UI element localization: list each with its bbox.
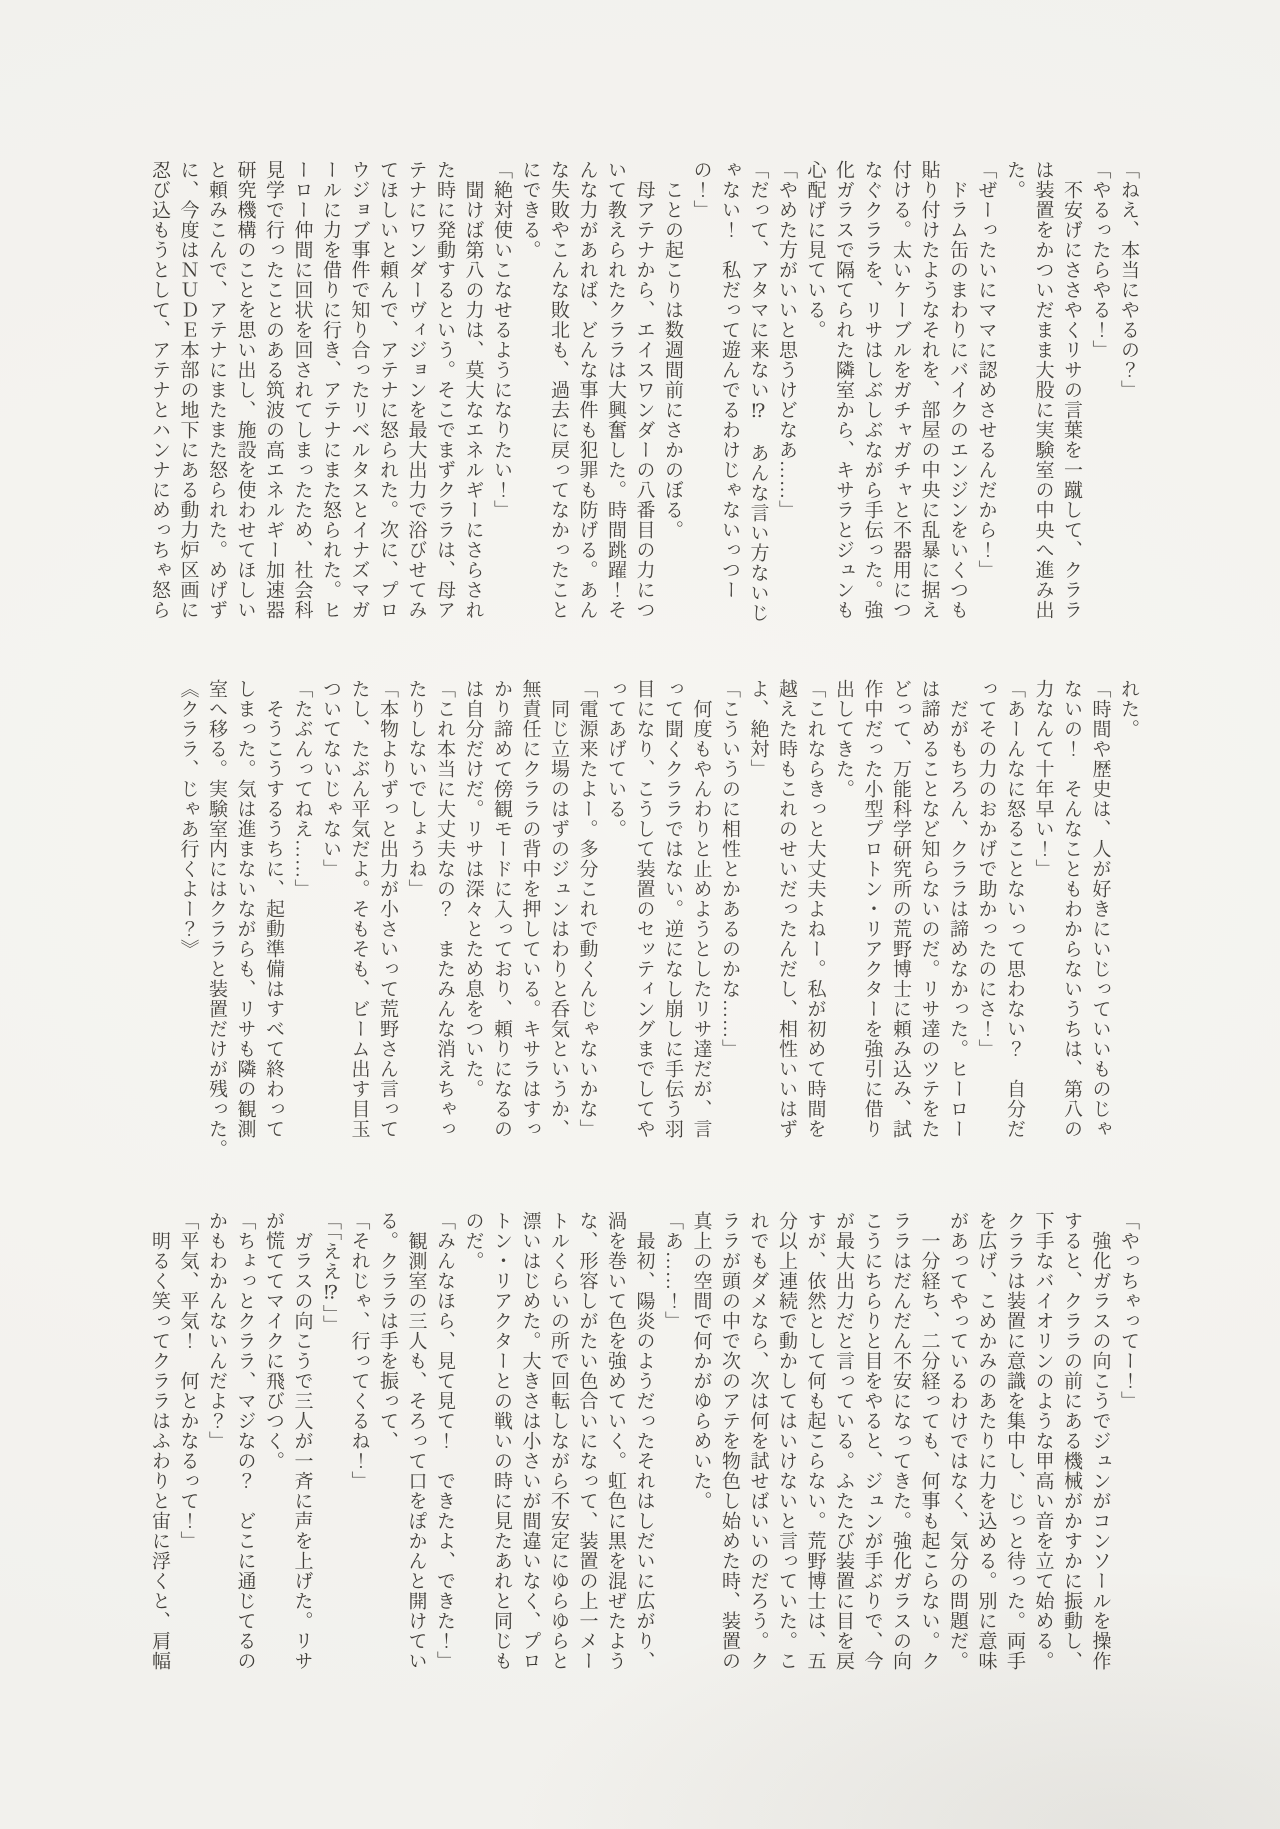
text-column: トン・リアクターとの戦いの時に見たあれと同じも: [487, 1211, 516, 1675]
text-column: 忍び込もうとして、アテナとハンナにめっちゃ怒ら: [145, 160, 174, 624]
text-column: があってやっているわけではなく、気分の問題だ。: [943, 1211, 972, 1675]
text-column: たりしないでしょうね」: [401, 679, 430, 1143]
text-column: 「本物よりずっと出力が小さいって荒野さん言って: [373, 679, 402, 1143]
text-column: る。クララは手を振って、: [373, 1211, 402, 1675]
text-column: に、今度はＮＵＤＥ本部の地下にある動力炉区画に: [173, 160, 202, 624]
text-column: そうこうするうちに、起動準備はすべて終わって: [259, 679, 288, 1143]
text-column: のだ。: [458, 1211, 487, 1675]
text-column: 強化ガラスの向こうでジュンがコンソールを操作: [1085, 1211, 1114, 1675]
text-column: 作中だった小型プロトン・リアクターを強引に借り: [857, 679, 886, 1143]
text-column: 見学で行ったことのある筑波の高エネルギー加速器: [259, 160, 288, 624]
text-column: は装置をかついだまま大股に実験室の中央へ進み出: [1028, 160, 1057, 624]
text-column: にできる。: [515, 160, 544, 624]
text-column: だがもちろん、クララは諦めなかった。ヒーロー: [943, 679, 972, 1143]
text-column: た。: [1000, 160, 1029, 624]
text-column: 「ちょっとクララ、マジなの？ どこに通じてるの: [230, 1211, 259, 1675]
text-column: 「「ええ⁉」」: [316, 1211, 345, 1675]
text-column: が慌ててマイクに飛びつく。: [259, 1211, 288, 1675]
text-column: 「ねえ、本当にやるの？」: [1114, 160, 1143, 624]
text-column: って聞くクララではない。逆になし崩しに手伝う羽: [658, 679, 687, 1143]
text-column: いて教えられたクララは大興奮した。時間跳躍！そ: [601, 160, 630, 624]
text-column: な、形容しがたい色合いになって、装置の上一メー: [572, 1211, 601, 1675]
text-column: 「時間や歴史は、人が好きにいじっていいものじゃ: [1085, 679, 1114, 1143]
text-column: 《クララ、じゃあ行くよー？》: [173, 679, 202, 1143]
text-column: 目になり、こうして装置のセッティングまでしてや: [629, 679, 658, 1143]
text-column: ってその力のおかげで助かったのにさ！」: [971, 679, 1000, 1143]
text-column: 無責任にクララの背中を押している。キサラはすっ: [515, 679, 544, 1143]
text-column: 分以上連続で動かしてはいけないと言っていた。こ: [772, 1211, 801, 1675]
text-column: 「やめた方がいいと思うけどなあ……」: [772, 160, 801, 624]
text-column: 真上の空間で何かがゆらめいた。: [686, 1211, 715, 1675]
text-column: 出してきた。: [829, 679, 858, 1143]
text-column: れた。: [1114, 679, 1143, 1143]
text-column: ララが頭の中で次のアテを物色し始めた時、装置の: [715, 1211, 744, 1675]
text-block-bottom: 「やっちゃってー！」強化ガラスの向こうでジュンがコンソールを操作すると、クララの…: [145, 1211, 1143, 1675]
text-column: は諦めることなど知らないのだ。リサ達のツテをた: [914, 679, 943, 1143]
text-column: 「たぶんってねえ……」: [287, 679, 316, 1143]
text-column: たし、たぶん平気だよ。そもそも、ビーム出す目玉: [344, 679, 373, 1143]
text-column: 「これならきっと大丈夫よねー。私が初めて時間を: [800, 679, 829, 1143]
text-block-top: 「ねえ、本当にやるの？」「やるったらやる！」不安げにささやくリサの言葉を一蹴して…: [145, 160, 1143, 624]
text-column: 化ガラスで隔てられた隣室から、キサラとジュンも: [829, 160, 858, 624]
text-column: 貼り付けたようなそれを、部屋の中央に乱暴に据え: [914, 160, 943, 624]
text-column: 「それじゃ、行ってくるね！」: [344, 1211, 373, 1675]
text-column: 聞けば第八の力は、莫大なエネルギーにさらされ: [458, 160, 487, 624]
text-column: 「やっちゃってー！」: [1114, 1211, 1143, 1675]
text-column: 漂いはじめた。大きさは小さいが間違いなく、プロ: [515, 1211, 544, 1675]
text-column: すが、依然として何も起こらない。荒野博士は、五: [800, 1211, 829, 1675]
text-column: なぐクララを、リサはしぶしぶながら手伝った。強: [857, 160, 886, 624]
text-column: 「電源来たよー。多分これで動くんじゃないかな」: [572, 679, 601, 1143]
text-column: てほしいと頼んで、アテナに怒られた。次に、プロ: [373, 160, 402, 624]
text-column: を広げ、こめかみのあたりに力を込める。別に意味: [971, 1211, 1000, 1675]
text-column: と頼みこんで、アテナにまたまた怒られた。めげず: [202, 160, 231, 624]
text-column: 「だって、アタマに来ない⁉ あんな言い方ないじ: [743, 160, 772, 624]
text-column: 最初、陽炎のようだったそれはしだいに広がり、: [629, 1211, 658, 1675]
text-column: 付ける。太いケーブルをガチャガチャと不器用につ: [886, 160, 915, 624]
text-column: 一分経ち、二分経っても、何事も起こらない。ク: [914, 1211, 943, 1675]
text-column: 「みんなほら、見て見て！ できたよ、できた！」: [430, 1211, 459, 1675]
text-column: んな力があれば、どんな事件も犯罪も防げる。あん: [572, 160, 601, 624]
text-column: ないの！ そんなこともわからないうちは、第八の: [1057, 679, 1086, 1143]
text-column: 母アテナから、エイスワンダーの八番目の力につ: [629, 160, 658, 624]
text-column: かもわかんないんだよ？」: [202, 1211, 231, 1675]
text-column: ことの起こりは数週間前にさかのぼる。: [658, 160, 687, 624]
text-column: 同じ立場のはずのジュンはわりと呑気というか、: [544, 679, 573, 1143]
text-column: 越えた時もこれのせいだったんだし、相性いいはず: [772, 679, 801, 1143]
text-column: テナにワンダーヴィジョンを最大出力で浴びせてみ: [401, 160, 430, 624]
text-block-middle: れた。「時間や歴史は、人が好きにいじっていいものじゃないの！ そんなこともわから…: [173, 679, 1142, 1143]
text-column: ってあげている。: [601, 679, 630, 1143]
text-column: ドラム缶のまわりにバイクのエンジンをいくつも: [943, 160, 972, 624]
text-column: 研究機構のことを思い出し、施設を使わせてほしい: [230, 160, 259, 624]
text-column: こうにちらりと目をやると、ジュンが手ぶりで、今: [857, 1211, 886, 1675]
text-column: 明るく笑ってクララはふわりと宙に浮くと、肩幅: [145, 1211, 174, 1675]
text-column: は自分だけだ。リサは深々とため息をついた。: [458, 679, 487, 1143]
text-column: しまった。気は進まないながらも、リサも隣の観測: [230, 679, 259, 1143]
text-column: た時に発動するという。そこでまずクララは、母ア: [430, 160, 459, 624]
text-column: 心配げに見ている。: [800, 160, 829, 624]
text-column: ついてないじゃない」: [316, 679, 345, 1143]
text-column: かり諦めて傍観モードに入っており、頼りになるの: [487, 679, 516, 1143]
text-column: 力なんて十年早い！」: [1028, 679, 1057, 1143]
text-column: ーロー仲間に回状を回されてしまったため、社会科: [287, 160, 316, 624]
text-column: 「あ……！」: [658, 1211, 687, 1675]
text-column: ララはだんだん不安になってきた。強化ガラスの向: [886, 1211, 915, 1675]
text-column: な失敗やこんな敗北も、過去に戻ってなかったこと: [544, 160, 573, 624]
text-column: ガラスの向こうで三人が一斉に声を上げた。リサ: [287, 1211, 316, 1675]
text-column: 不安げにささやくリサの言葉を一蹴して、クララ: [1057, 160, 1086, 624]
text-column: の！」: [686, 160, 715, 624]
text-column: 「絶対使いこなせるようになりたい！」: [487, 160, 516, 624]
text-column: 下手なバイオリンのような甲高い音を立て始める。: [1028, 1211, 1057, 1675]
text-column: れでもダメなら、次は何を試せばいいのだろう。ク: [743, 1211, 772, 1675]
text-column: 「これ本当に大丈夫なの？ またみんな消えちゃっ: [430, 679, 459, 1143]
text-column: ウジョブ事件で知り合ったリベルタスとイナズマガ: [344, 160, 373, 624]
scanned-novel-page: 「ねえ、本当にやるの？」「やるったらやる！」不安げにささやくリサの言葉を一蹴して…: [0, 0, 1280, 1829]
text-column: 「こういうのに相性とかあるのかな……」: [715, 679, 744, 1143]
text-column: よ、絶対」: [743, 679, 772, 1143]
text-column: どって、万能科学研究所の荒野博士に頼み込み、試: [886, 679, 915, 1143]
text-column: 「やるったらやる！」: [1085, 160, 1114, 624]
text-column: 「あーんなに怒ることないって思わない？ 自分だ: [1000, 679, 1029, 1143]
text-column: 「平気、平気！ 何とかなるって！」: [173, 1211, 202, 1675]
text-column: 何度もやんわりと止めようとしたリサ達だが、言: [686, 679, 715, 1143]
text-column: が最大出力だと言っている。ふたたび装置に目を戻: [829, 1211, 858, 1675]
text-column: ゃない！ 私だって遊んでるわけじゃないっつー: [715, 160, 744, 624]
text-column: すると、クララの前にある機械がかすかに振動し、: [1057, 1211, 1086, 1675]
text-column: ールに力を借りに行き、アテナにまた怒られた。ヒ: [316, 160, 345, 624]
text-column: 「ぜーったいにママに認めさせるんだから！」: [971, 160, 1000, 624]
text-column: 渦を巻いて色を強めていく。虹色に黒を混ぜたよう: [601, 1211, 630, 1675]
text-column: トルくらいの所で回転しながら不安定にゆらゆらと: [544, 1211, 573, 1675]
text-column: クララは装置に意識を集中し、じっと待った。両手: [1000, 1211, 1029, 1675]
text-column: 室へ移る。実験室内にはクララと装置だけが残った。: [202, 679, 231, 1143]
text-column: 観測室の三人も、そろって口をぽかんと開けてい: [401, 1211, 430, 1675]
